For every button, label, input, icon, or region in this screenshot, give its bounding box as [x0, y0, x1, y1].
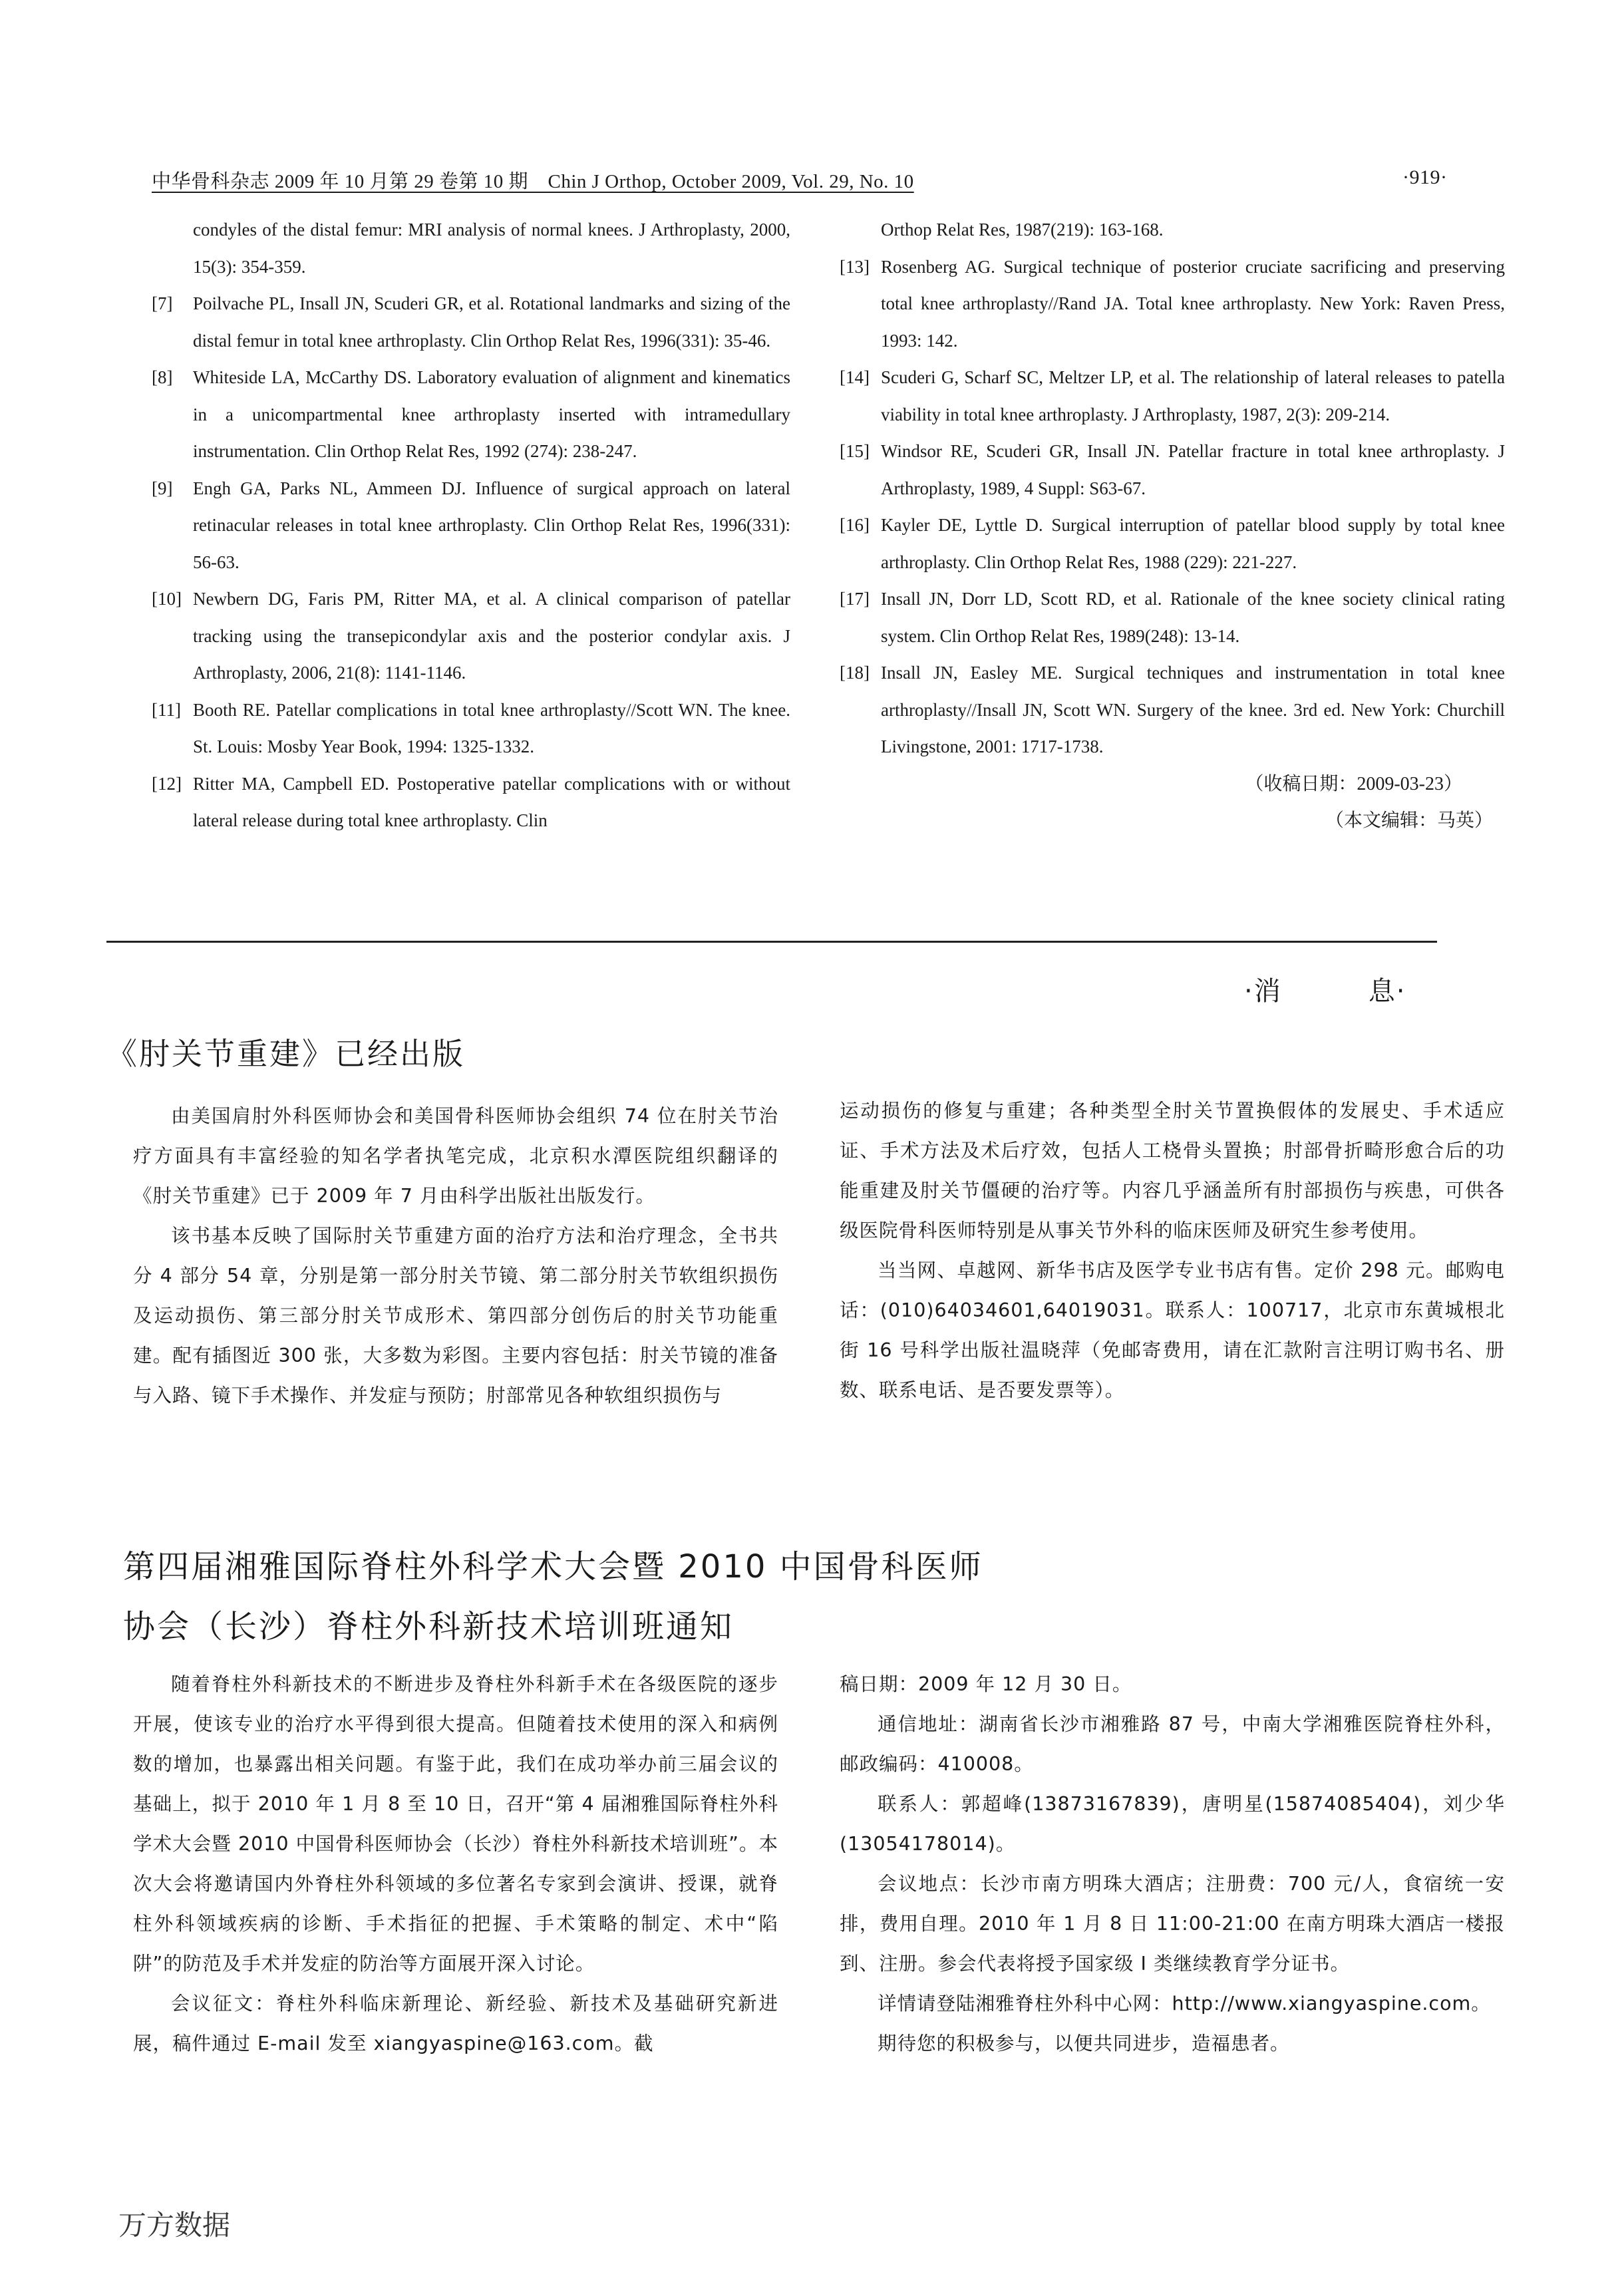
- article1-right-column: 运动损伤的修复与重建；各种类型全肘关节置换假体的发展史、手术适应证、手术方法及术…: [840, 1091, 1505, 1410]
- reference-item: [9]Engh GA, Parks NL, Ammeen DJ. Influen…: [152, 470, 790, 581]
- paragraph: 随着脊柱外科新技术的不断进步及脊柱外科新手术在各级医院的逐步开展，使该专业的治疗…: [133, 1665, 778, 1984]
- running-header: 中华骨科杂志 2009 年 10 月第 29 卷第 10 期 Chin J Or…: [152, 166, 1482, 193]
- section-tag-news: ·消息·: [1244, 970, 1406, 1008]
- paragraph: 由美国肩肘外科医师协会和美国骨科医师协会组织 74 位在肘关节治疗方面具有丰富经…: [133, 1096, 778, 1216]
- article1-title: 《肘关节重建》已经出版: [106, 1030, 465, 1074]
- paragraph: 运动损伤的修复与重建；各种类型全肘关节置换假体的发展史、手术适应证、手术方法及术…: [840, 1091, 1505, 1251]
- reference-item: Orthop Relat Res, 1987(219): 163-168.: [840, 212, 1505, 249]
- article1-left-column: 由美国肩肘外科医师协会和美国骨科医师协会组织 74 位在肘关节治疗方面具有丰富经…: [133, 1096, 778, 1416]
- references-left-column: condyles of the distal femur: MRI analys…: [152, 212, 790, 840]
- page-number: ·919·: [1402, 166, 1447, 189]
- article2-left-column: 随着脊柱外科新技术的不断进步及脊柱外科新手术在各级医院的逐步开展，使该专业的治疗…: [133, 1665, 778, 2064]
- references-right-column: Orthop Relat Res, 1987(219): 163-168. [1…: [840, 212, 1505, 839]
- wanfang-watermark: 万方数据: [118, 2203, 230, 2243]
- reference-item: [16]Kayler DE, Lyttle D. Surgical interr…: [840, 507, 1505, 581]
- section-divider: [106, 941, 1437, 943]
- reference-item: [13]Rosenberg AG. Surgical technique of …: [840, 249, 1505, 360]
- reference-item: [10]Newbern DG, Faris PM, Ritter MA, et …: [152, 581, 790, 692]
- paragraph: 当当网、卓越网、新华书店及医学专业书店有售。定价 298 元。邮购电话：(010…: [840, 1251, 1505, 1410]
- paragraph: 期待您的积极参与，以便共同进步，造福患者。: [840, 2024, 1505, 2064]
- article2-title: 第四届湘雅国际脊柱外科学术大会暨 2010 中国骨科医师 协会（长沙）脊柱外科新…: [123, 1537, 983, 1657]
- editor-credit: （本文编辑：马英）: [840, 802, 1505, 839]
- reference-item: condyles of the distal femur: MRI analys…: [152, 212, 790, 285]
- reference-item: [18]Insall JN, Easley ME. Surgical techn…: [840, 655, 1505, 766]
- reference-item: [14]Scuderi G, Scharf SC, Meltzer LP, et…: [840, 359, 1505, 433]
- reference-item: [8]Whiteside LA, McCarthy DS. Laboratory…: [152, 359, 790, 470]
- paragraph: 会议征文：脊柱外科临床新理论、新经验、新技术及基础研究新进展，稿件通过 E-ma…: [133, 1984, 778, 2064]
- reference-item: [15]Windsor RE, Scuderi GR, Insall JN. P…: [840, 433, 1505, 507]
- paragraph: 会议地点：长沙市南方明珠大酒店；注册费：700 元/人，食宿统一安排，费用自理。…: [840, 1864, 1505, 1984]
- paragraph: 该书基本反映了国际肘关节重建方面的治疗方法和治疗理念，全书共分 4 部分 54 …: [133, 1216, 778, 1416]
- reference-item: [12]Ritter MA, Campbell ED. Postoperativ…: [152, 766, 790, 840]
- reference-item: [17]Insall JN, Dorr LD, Scott RD, et al.…: [840, 581, 1505, 655]
- reference-item: [7]Poilvache PL, Insall JN, Scuderi GR, …: [152, 285, 790, 359]
- paragraph-website: 详情请登陆湘雅脊柱外科中心网：http://www.xiangyaspine.c…: [840, 1984, 1505, 2024]
- received-date: （收稿日期：2009-03-23）: [840, 766, 1505, 802]
- article2-right-column: 稿日期：2009 年 12 月 30 日。 通信地址：湖南省长沙市湘雅路 87 …: [840, 1665, 1505, 2064]
- paragraph: 通信地址：湖南省长沙市湘雅路 87 号，中南大学湘雅医院脊柱外科，邮政编码：41…: [840, 1705, 1505, 1784]
- paragraph: 稿日期：2009 年 12 月 30 日。: [840, 1665, 1505, 1705]
- paragraph: 联系人：郭超峰(13873167839)，唐明星(15874085404)，刘少…: [840, 1784, 1505, 1864]
- journal-running-title: 中华骨科杂志 2009 年 10 月第 29 卷第 10 期 Chin J Or…: [152, 166, 914, 194]
- reference-item: [11]Booth RE. Patellar complications in …: [152, 692, 790, 766]
